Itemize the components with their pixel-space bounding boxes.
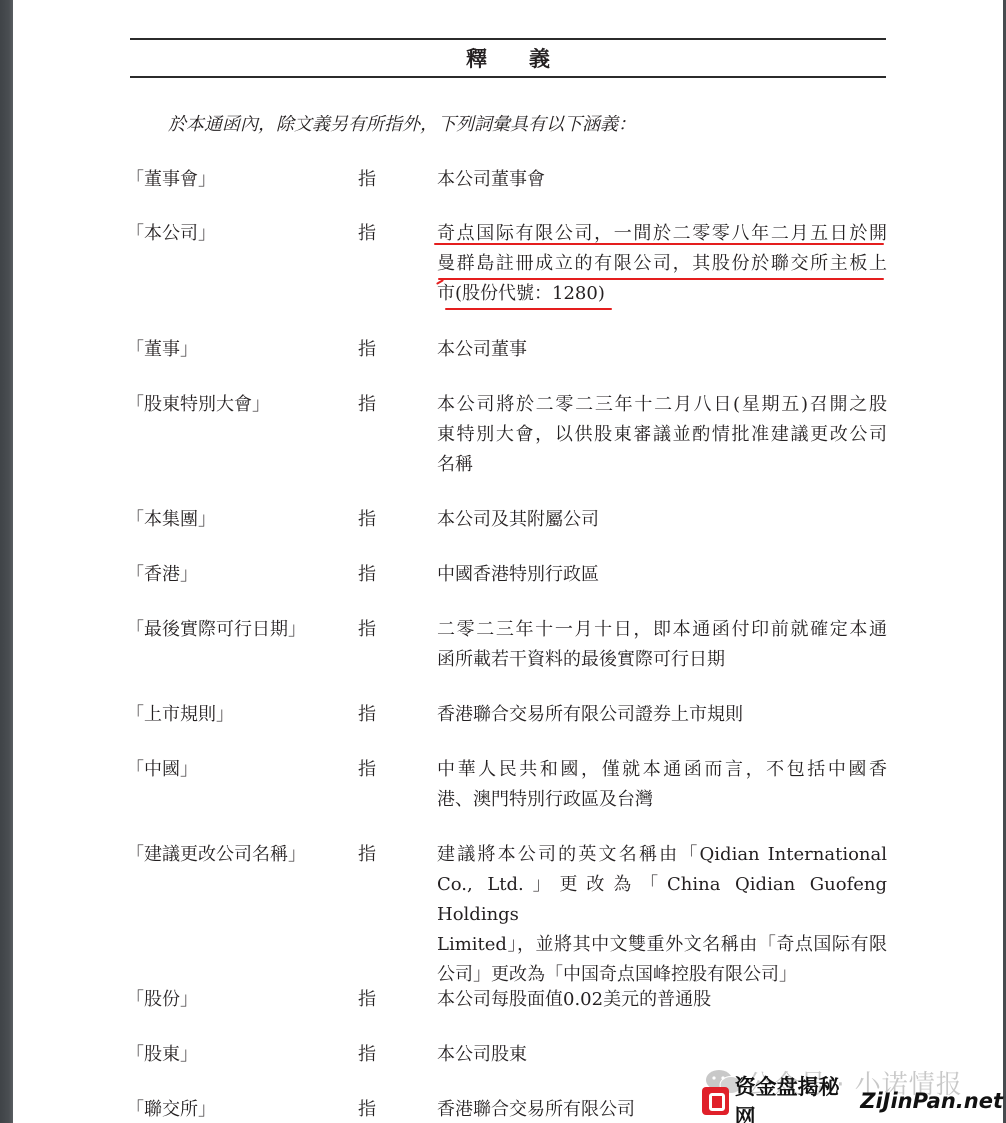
definition-line: 市(股份代號：1280)	[437, 279, 887, 309]
term: 「股份」	[126, 985, 198, 1015]
definition-line: Limited」，並將其中文雙重外文名稱由「奇点国际有限	[437, 930, 887, 960]
means-label: 指	[358, 560, 376, 590]
means-label: 指	[358, 219, 376, 249]
definition-line: 本公司董事	[437, 335, 887, 365]
definition: 中華人民共和國，僅就本通函而言，不包括中國香 港、澳門特別行政區及台灣	[437, 755, 887, 815]
definition-line: 中國香港特別行政區	[437, 560, 887, 590]
definition: 本公司董事	[437, 335, 887, 365]
means-label: 指	[358, 1040, 376, 1070]
definition: 本公司及其附屬公司	[437, 505, 887, 535]
definition: 本公司董事會	[437, 165, 887, 195]
term: 「上市規則」	[126, 700, 234, 730]
term: 「董事會」	[126, 165, 216, 195]
term: 「本集團」	[126, 505, 216, 535]
title-char-1: 釋	[466, 44, 487, 74]
red-underline-annotation	[434, 243, 884, 245]
definition-line: 港、澳門特別行政區及台灣	[437, 785, 887, 815]
definition-line: 函所載若干資料的最後實際可行日期	[437, 645, 887, 675]
brand-name-en: ZiJinPan.net	[860, 1089, 1003, 1113]
means-label: 指	[358, 335, 376, 365]
definition-line: 本公司董事會	[437, 165, 887, 195]
header-rule-top	[130, 38, 886, 40]
definition-line: 名稱	[437, 450, 887, 480]
means-label: 指	[358, 615, 376, 645]
means-label: 指	[358, 1095, 376, 1123]
brand-watermark: 资金盘揭秘网 ZiJinPan.net	[702, 1086, 1003, 1116]
intro-text: 於本通函內，除文義另有所指外，下列詞彙具有以下涵義：	[168, 112, 636, 138]
definition: 二零二三年十一月十日，即本通函付印前就確定本通 函所載若干資料的最後實際可行日期	[437, 615, 887, 675]
means-label: 指	[358, 840, 376, 870]
definition-line: Co., Ltd.」更改為「China Qidian Guofeng Holdi…	[437, 870, 887, 930]
means-label: 指	[358, 755, 376, 785]
definition: 奇点国际有限公司，一間於二零零八年二月五日於開 曼群島註冊成立的有限公司，其股份…	[437, 219, 887, 309]
title-char-2: 義	[529, 44, 550, 74]
definition-line: 建議將本公司的英文名稱由「Qidian International	[437, 840, 887, 870]
means-label: 指	[358, 390, 376, 420]
means-label: 指	[358, 985, 376, 1015]
definition-line: 中華人民共和國，僅就本通函而言，不包括中國香	[437, 755, 887, 785]
definition: 本公司每股面值0.02美元的普通股	[437, 985, 887, 1015]
definition: 本公司將於二零二三年十二月八日(星期五)召開之股 東特別大會，以供股東審議並酌情…	[437, 390, 887, 480]
red-underline-annotation	[445, 308, 612, 310]
brand-name-cn: 资金盘揭秘网	[735, 1071, 855, 1123]
means-label: 指	[358, 165, 376, 195]
term: 「本公司」	[126, 219, 216, 249]
term: 「香港」	[126, 560, 198, 590]
term: 「最後實際可行日期」	[126, 615, 306, 645]
header-rule-bottom	[130, 76, 886, 78]
term: 「聯交所」	[126, 1095, 216, 1123]
red-underline-annotation	[438, 278, 884, 280]
definition-line: 本公司每股面值0.02美元的普通股	[437, 985, 887, 1015]
term: 「股東」	[126, 1040, 198, 1070]
definition-line: 香港聯合交易所有限公司證券上市規則	[437, 700, 887, 730]
means-label: 指	[358, 700, 376, 730]
definition-line: 東特別大會，以供股東審議並酌情批准建議更改公司	[437, 420, 887, 450]
means-label: 指	[358, 505, 376, 535]
term: 「建議更改公司名稱」	[126, 840, 306, 870]
term: 「董事」	[126, 335, 198, 365]
definition: 香港聯合交易所有限公司證券上市規則	[437, 700, 887, 730]
term: 「中國」	[126, 755, 198, 785]
watermark: 公众号 · 小诺情报 资金盘揭秘网 ZiJinPan.net	[700, 1062, 1003, 1123]
definition: 中國香港特別行政區	[437, 560, 887, 590]
viewer-left-edge	[0, 0, 13, 1123]
brand-logo-icon	[702, 1087, 729, 1115]
definition: 建議將本公司的英文名稱由「Qidian International Co., L…	[437, 840, 887, 990]
term: 「股東特別大會」	[126, 390, 270, 420]
definition-line: 二零二三年十一月十日，即本通函付印前就確定本通	[437, 615, 887, 645]
definition-line: 曼群島註冊成立的有限公司，其股份於聯交所主板上	[437, 249, 887, 279]
page-title: 釋義	[130, 44, 886, 74]
definition-line: 本公司及其附屬公司	[437, 505, 887, 535]
definition-line: 本公司將於二零二三年十二月八日(星期五)召開之股	[437, 390, 887, 420]
